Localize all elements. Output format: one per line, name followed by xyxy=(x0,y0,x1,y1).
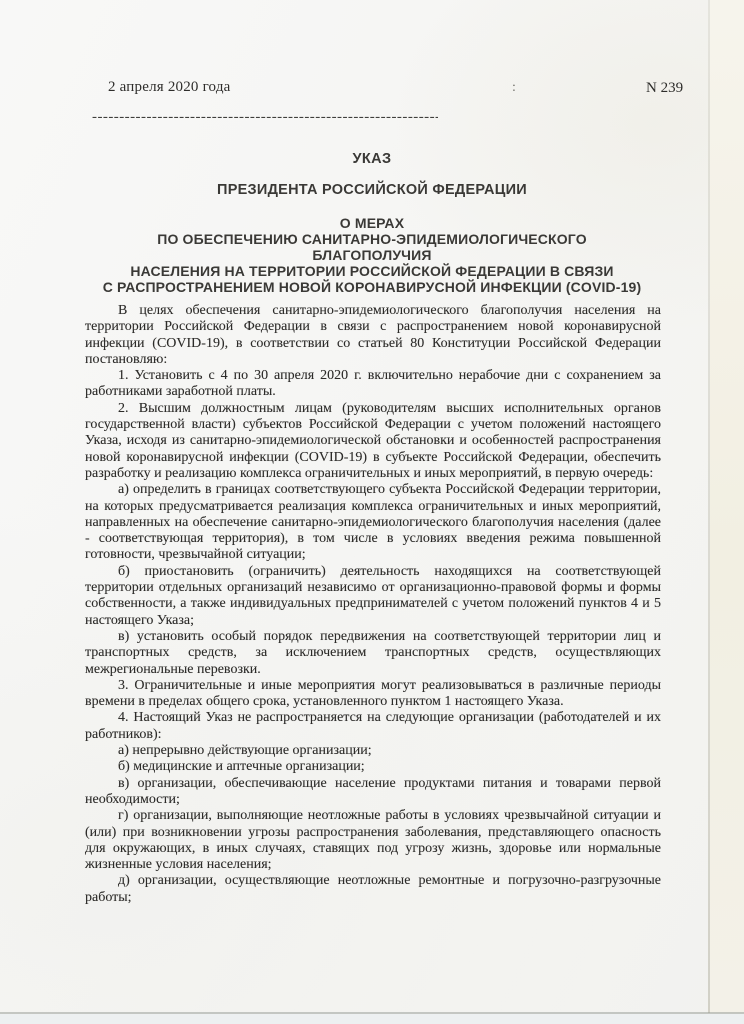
document-date: 2 апреля 2020 года xyxy=(108,79,231,96)
subject-line: БЛАГОПОЛУЧИЯ xyxy=(84,248,660,264)
paragraph-point-2v: в) установить особый порядок передвижени… xyxy=(85,629,661,678)
document-issuer-title: ПРЕЗИДЕНТА РОССИЙСКОЙ ФЕДЕРАЦИИ xyxy=(84,182,660,198)
document-body: В целях обеспечения санитарно-эпидемиоло… xyxy=(85,303,661,906)
paragraph-point-4g: г) организации, выполняющие неотложные р… xyxy=(85,808,661,873)
subject-line: О МЕРАХ xyxy=(84,216,660,232)
document-subject-title: О МЕРАХ ПО ОБЕСПЕЧЕНИЮ САНИТАРНО-ЭПИДЕМИ… xyxy=(84,216,660,296)
subject-line: НАСЕЛЕНИЯ НА ТЕРРИТОРИИ РОССИЙСКОЙ ФЕДЕР… xyxy=(84,264,660,280)
subject-line: ПО ОБЕСПЕЧЕНИЮ САНИТАРНО-ЭПИДЕМИОЛОГИЧЕС… xyxy=(84,232,660,248)
scanner-background-right-strip xyxy=(710,0,744,1013)
paragraph-point-2a: а) определить в границах соответствующег… xyxy=(85,482,661,563)
title-block: УКАЗ ПРЕЗИДЕНТА РОССИЙСКОЙ ФЕДЕРАЦИИ О М… xyxy=(84,151,660,296)
paragraph-point-4d: д) организации, осуществляющие неотложны… xyxy=(85,873,661,906)
paragraph-point-4: 4. Настоящий Указ не распространяется на… xyxy=(85,710,661,743)
paragraph-point-4v: в) организации, обеспечивающие население… xyxy=(85,776,661,809)
subject-line: С РАСПРОСТРАНЕНИЕМ НОВОЙ КОРОНАВИРУСНОЙ … xyxy=(84,280,660,296)
paragraph-point-3: 3. Ограничительные и иные мероприятия мо… xyxy=(85,678,661,711)
paragraph-point-1: 1. Установить с 4 по 30 апреля 2020 г. в… xyxy=(85,368,661,401)
paragraph-point-4a: а) непрерывно действующие организации; xyxy=(85,743,661,759)
dashed-separator-line: ----------------------------------------… xyxy=(92,109,438,126)
paragraph-point-2b: б) приостановить (ограничить) деятельнос… xyxy=(85,564,661,629)
paragraph-point-4b: б) медицинские и аптечные организации; xyxy=(85,759,661,775)
scanner-background-bottom-strip xyxy=(0,1014,744,1024)
paragraph-point-2: 2. Высшим должностным лицам (руководител… xyxy=(85,401,661,482)
paragraph-preamble: В целях обеспечения санитарно-эпидемиоло… xyxy=(85,303,661,368)
document-number: N 239 xyxy=(646,80,683,97)
scanned-document-page: 2 апреля 2020 года : N 239 -------------… xyxy=(0,0,744,1024)
document-kind-title: УКАЗ xyxy=(84,151,660,167)
scan-colon-artifact: : xyxy=(512,80,516,96)
